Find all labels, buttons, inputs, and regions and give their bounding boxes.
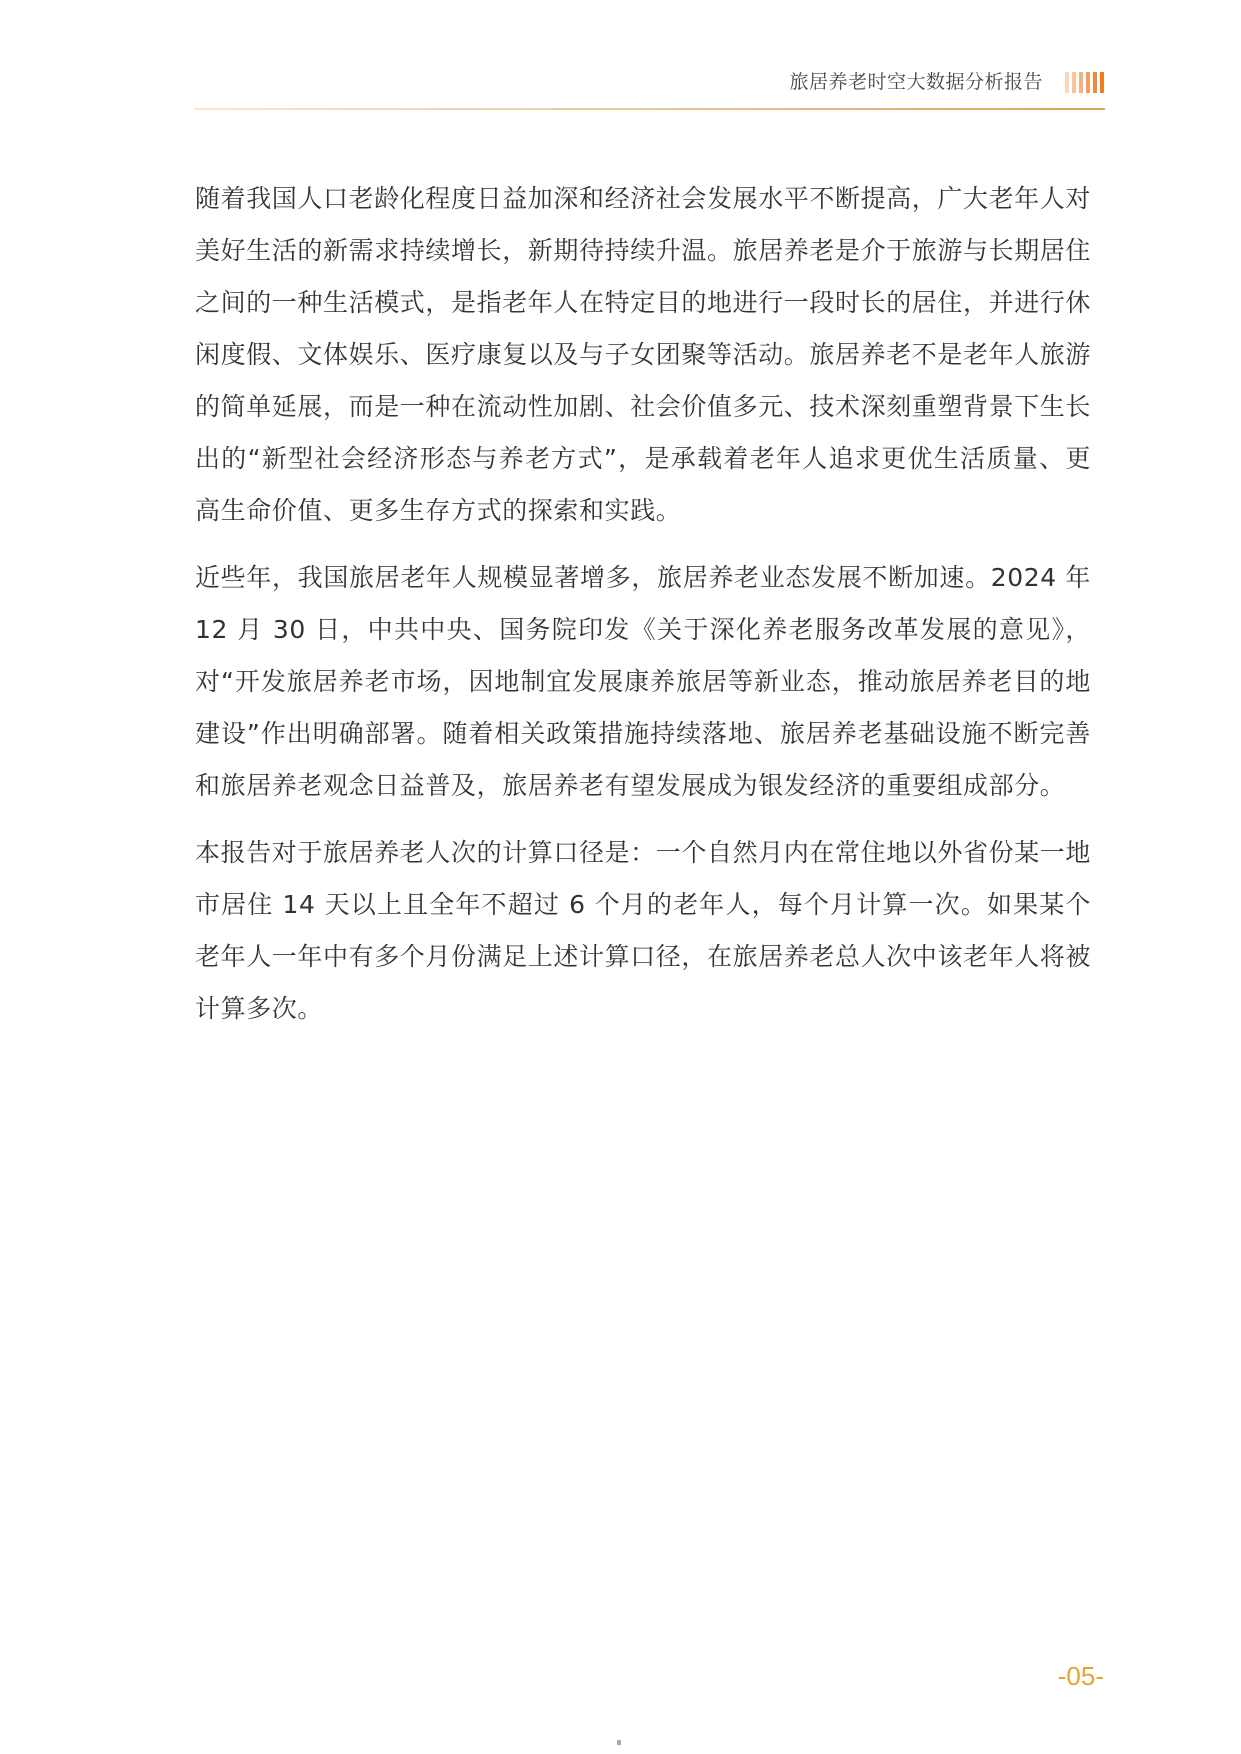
decorative-bars-icon — [1065, 72, 1104, 93]
paragraph-methodology: 本报告对于旅居养老人次的计算口径是：一个自然月内在常住地以外省份某一地市居住 1… — [195, 827, 1091, 1035]
report-title: 旅居养老时空大数据分析报告 — [789, 70, 1043, 94]
bar-2 — [1072, 72, 1076, 93]
paragraph-policy: 近些年，我国旅居老年人规模显著增多，旅居养老业态发展不断加速。2024 年 12… — [195, 552, 1091, 812]
bottom-center-mark — [617, 1740, 621, 1745]
bar-6 — [1100, 72, 1104, 93]
bar-4 — [1086, 72, 1090, 93]
bar-3 — [1079, 72, 1083, 93]
header-divider — [194, 108, 1105, 110]
bar-5 — [1093, 72, 1097, 93]
body-content: 随着我国人口老龄化程度日益加深和经济社会发展水平不断提高，广大老年人对美好生活的… — [195, 173, 1091, 1050]
paragraph-intro: 随着我国人口老龄化程度日益加深和经济社会发展水平不断提高，广大老年人对美好生活的… — [195, 173, 1091, 537]
bar-1 — [1065, 72, 1069, 93]
page-number: -05- — [1058, 1660, 1104, 1692]
page-header: 旅居养老时空大数据分析报告 — [194, 60, 1105, 110]
